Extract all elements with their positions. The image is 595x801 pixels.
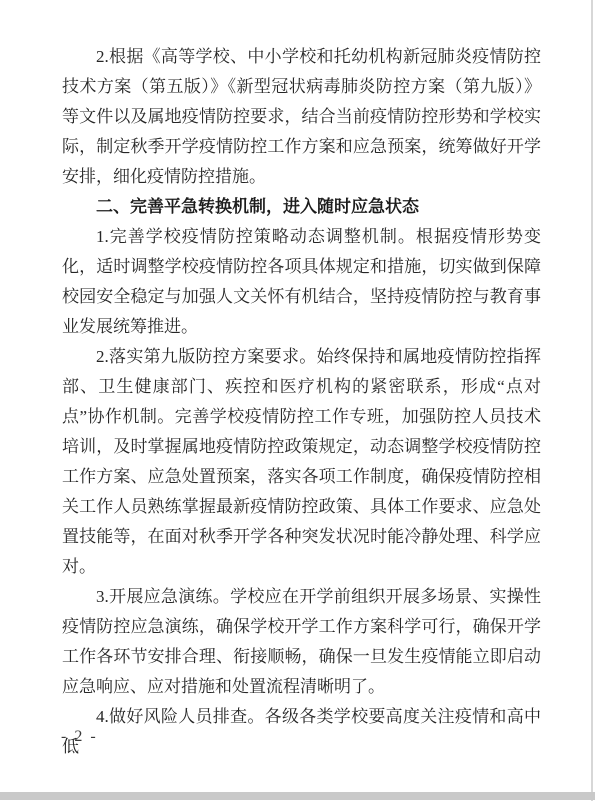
paragraph-truncated: 4.做好风险人员排查。各级各类学校要高度关注疫情和高中低 <box>62 702 541 762</box>
paragraph: 3.开展应急演练。学校应在开学前组织开展多场景、实操性疫情防控应急演练，确保学校… <box>62 582 541 702</box>
document-page: 2.根据《高等学校、中小学校和托幼机构新冠肺炎疫情防控技术方案（第五版）》《新型… <box>0 0 595 801</box>
section-heading: 二、完善平急转换机制，进入随时应急状态 <box>62 192 541 222</box>
scan-edge-bottom <box>0 792 595 800</box>
paragraph: 2.落实第九版防控方案要求。始终保持和属地疫情防控指挥部、卫生健康部门、疾控和医… <box>62 342 541 582</box>
document-body: 2.根据《高等学校、中小学校和托幼机构新冠肺炎疫情防控技术方案（第五版）》《新型… <box>62 42 541 762</box>
scan-edge-right <box>591 0 593 801</box>
page-number: - 2 - <box>61 727 98 746</box>
paragraph: 1.完善学校疫情防控策略动态调整机制。根据疫情形势变化，适时调整学校疫情防控各项… <box>62 222 541 342</box>
paragraph: 2.根据《高等学校、中小学校和托幼机构新冠肺炎疫情防控技术方案（第五版）》《新型… <box>62 42 541 192</box>
